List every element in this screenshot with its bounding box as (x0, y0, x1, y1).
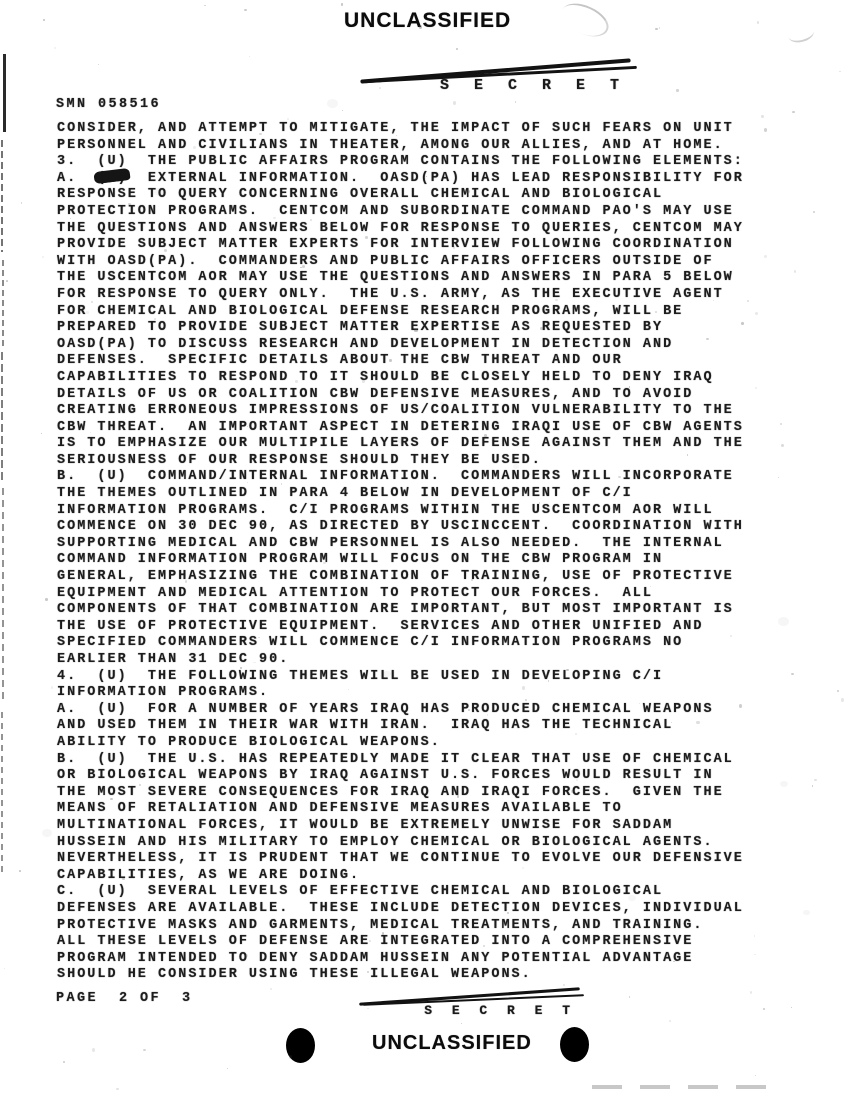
body-line: CAPABILITIES TO RESPOND TO IT SHOULD BE … (57, 370, 817, 387)
body-line: PROGRAM INTENDED TO DENY SADDAM HUSSEIN … (57, 951, 817, 968)
margin-change-bar (1, 352, 3, 480)
margin-change-bar (1, 712, 3, 872)
body-line: SUPPORTING MEDICAL AND CBW PERSONNEL IS … (57, 536, 817, 553)
hole-punch-right (560, 1027, 589, 1062)
body-line: A. (U) FOR A NUMBER OF YEARS IRAQ HAS PR… (57, 702, 817, 719)
pencil-mark (556, 0, 613, 43)
body-line: COMPONENTS OF THAT COMBINATION ARE IMPOR… (57, 602, 817, 619)
secret-classification-top-text: S E C R E T (440, 77, 627, 94)
scan-artifact (592, 1085, 782, 1089)
body-line: C. (U) SEVERAL LEVELS OF EFFECTIVE CHEMI… (57, 884, 817, 901)
body-line: MEANS OF RETALIATION AND DEFENSIVE MEASU… (57, 801, 817, 818)
body-line: SHOULD HE CONSIDER USING THESE ILLEGAL W… (57, 967, 817, 984)
body-line: EQUIPMENT AND MEDICAL ATTENTION TO PROTE… (57, 586, 817, 603)
body-line: PREPARED TO PROVIDE SUBJECT MATTER EXPER… (57, 320, 817, 337)
margin-change-bar (3, 54, 6, 132)
body-line: B. (U) THE U.S. HAS REPEATEDLY MADE IT C… (57, 752, 817, 769)
body-line: THE MOST SEVERE CONSEQUENCES FOR IRAQ AN… (57, 785, 817, 802)
secret-classification-bottom-text: S E C R E T (424, 1003, 576, 1018)
body-line: 4. (U) THE FOLLOWING THEMES WILL BE USED… (57, 669, 817, 686)
body-line: CBW THREAT. AN IMPORTANT ASPECT IN DETER… (57, 420, 817, 437)
body-line: GENERAL, EMPHASIZING THE COMBINATION OF … (57, 569, 817, 586)
body-line: ABILITY TO PRODUCE BIOLOGICAL WEAPONS. (57, 735, 817, 752)
body-line: INFORMATION PROGRAMS. C/I PROGRAMS WITHI… (57, 503, 817, 520)
body-line: WITH OASD(PA). COMMANDERS AND PUBLIC AFF… (57, 254, 817, 271)
document-number: SMN 058516 (56, 97, 161, 112)
body-line: CREATING ERRONEOUS IMPRESSIONS OF US/COA… (57, 403, 817, 420)
body-line: HUSSEIN AND HIS MILITARY TO EMPLOY CHEMI… (57, 835, 817, 852)
body-line: DEFENSES ARE AVAILABLE. THESE INCLUDE DE… (57, 901, 817, 918)
body-line: AND USED THEM IN THEIR WAR WITH IRAN. IR… (57, 718, 817, 735)
hole-punch-left (286, 1028, 315, 1063)
body-line: THE USE OF PROTECTIVE EQUIPMENT. SERVICE… (57, 619, 817, 636)
body-line: FOR RESPONSE TO QUERY ONLY. THE U.S. ARM… (57, 287, 817, 304)
body-line: PERSONNEL AND CIVILIANS IN THEATER, AMON… (57, 138, 817, 155)
document-page: UNCLASSIFIED S E C R E T SMN 058516 CONS… (0, 0, 850, 1097)
body-line: RESPONSE TO QUERY CONCERNING OVERALL CHE… (57, 187, 817, 204)
margin-change-bar (2, 260, 4, 346)
body-line: MULTINATIONAL FORCES, IT WOULD BE EXTREM… (57, 818, 817, 835)
body-line: SERIOUSNESS OF OUR RESPONSE SHOULD THEY … (57, 453, 817, 470)
body-line: PROTECTION PROGRAMS. CENTCOM AND SUBORDI… (57, 204, 817, 221)
body-line: COMMAND INFORMATION PROGRAM WILL FOCUS O… (57, 552, 817, 569)
body-line: SPECIFIED COMMANDERS WILL COMMENCE C/I I… (57, 635, 817, 652)
margin-change-bar (1, 140, 3, 252)
unclassified-stamp-bottom: UNCLASSIFIED (372, 1032, 532, 1055)
body-line: DEFENSES. SPECIFIC DETAILS ABOUT THE CBW… (57, 353, 817, 370)
margin-change-bar (2, 488, 4, 702)
pencil-mark (786, 23, 815, 45)
body-line: OASD(PA) TO DISCUSS RESEARCH AND DEVELOP… (57, 337, 817, 354)
body-line: CAPABILITIES, AS WE ARE DOING. (57, 868, 817, 885)
body-line: 3. (U) THE PUBLIC AFFAIRS PROGRAM CONTAI… (57, 154, 817, 171)
body-line: THE QUESTIONS AND ANSWERS BELOW FOR RESP… (57, 221, 817, 238)
body-line: FOR CHEMICAL AND BIOLOGICAL DEFENSE RESE… (57, 304, 817, 321)
body-line: EARLIER THAN 31 DEC 90. (57, 652, 817, 669)
body-line: INFORMATION PROGRAMS. (57, 685, 817, 702)
body-line: PROVIDE SUBJECT MATTER EXPERTS FOR INTER… (57, 237, 817, 254)
document-body: CONSIDER, AND ATTEMPT TO MITIGATE, THE I… (57, 121, 817, 984)
body-line: COMMENCE ON 30 DEC 90, AS DIRECTED BY US… (57, 519, 817, 536)
body-line: THE THEMES OUTLINED IN PARA 4 BELOW IN D… (57, 486, 817, 503)
body-line: NEVERTHELESS, IT IS PRUDENT THAT WE CONT… (57, 851, 817, 868)
unclassified-stamp-top: UNCLASSIFIED (344, 9, 511, 33)
body-line: IS TO EMPHASIZE OUR MULTIPILE LAYERS OF … (57, 436, 817, 453)
body-line: THE USCENTCOM AOR MAY USE THE QUESTIONS … (57, 270, 817, 287)
body-line: ALL THESE LEVELS OF DEFENSE ARE INTEGRAT… (57, 934, 817, 951)
body-line: CONSIDER, AND ATTEMPT TO MITIGATE, THE I… (57, 121, 817, 138)
body-line: OR BIOLOGICAL WEAPONS BY IRAQ AGAINST U.… (57, 768, 817, 785)
page-number: PAGE 2 OF 3 (56, 991, 193, 1006)
body-line: A. (U) EXTERNAL INFORMATION. OASD(PA) HA… (57, 171, 817, 188)
body-line: PROTECTIVE MASKS AND GARMENTS, MEDICAL T… (57, 918, 817, 935)
body-line: DETAILS OF US OR COALITION CBW DEFENSIVE… (57, 387, 817, 404)
body-line: B. (U) COMMAND/INTERNAL INFORMATION. COM… (57, 469, 817, 486)
